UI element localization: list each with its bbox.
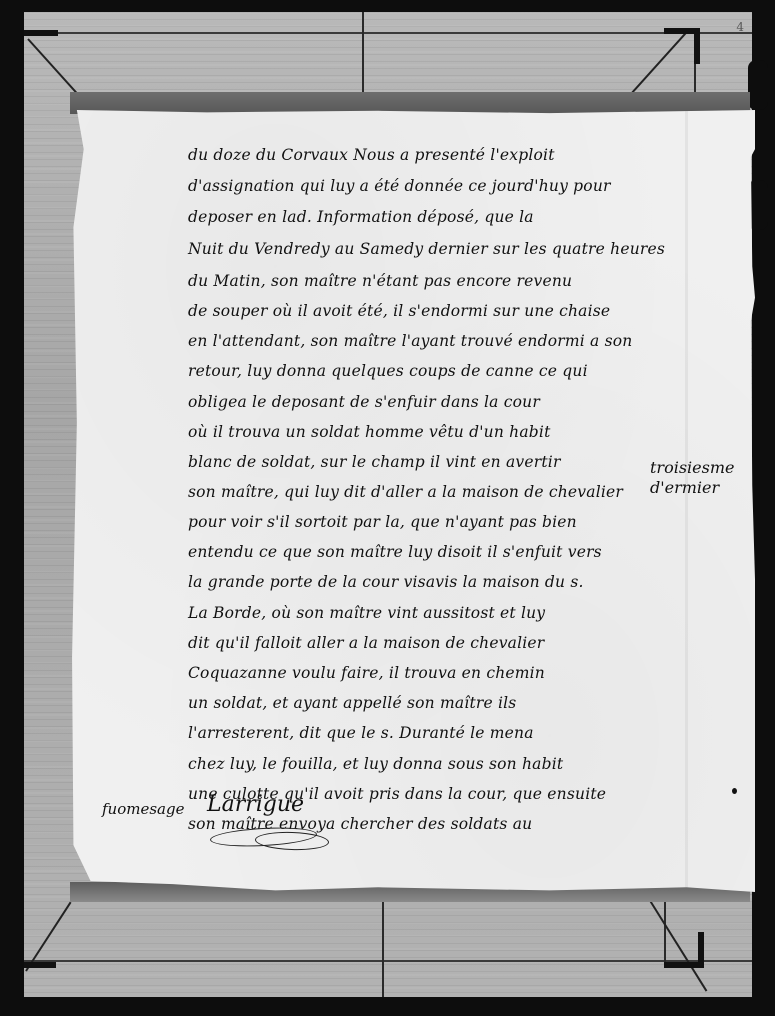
corner-marker-tl <box>24 30 58 36</box>
manuscript-line: dit qu'il falloit aller a la maison de c… <box>188 634 544 652</box>
manuscript-line: d'assignation qui luy a été donnée ce jo… <box>188 177 611 195</box>
signature-flourish-loop <box>255 831 330 852</box>
margin-note-line: troisiesme <box>650 458 734 478</box>
manuscript-line: chez luy, le fouilla, et luy donna sous … <box>188 755 563 773</box>
manuscript-line: entendu ce que son maître luy disoit il … <box>188 543 602 561</box>
manuscript-line: la grande porte de la cour visavis la ma… <box>188 573 584 591</box>
manuscript-line: son maître, qui luy dit d'aller a la mai… <box>188 483 623 501</box>
footer-note: fuomesage <box>102 800 184 818</box>
board-guide-line-bottom <box>24 960 752 962</box>
manuscript-line: du doze du Corvaux Nous a presenté l'exp… <box>188 146 555 164</box>
manuscript-line: de souper où il avoit été, il s'endormi … <box>188 302 610 320</box>
margin-note-line: d'ermier <box>650 478 734 498</box>
board-guide-line-top <box>24 32 752 34</box>
manuscript-line: retour, luy donna quelques coups de cann… <box>188 362 588 380</box>
page-number: 4 <box>736 20 744 34</box>
manuscript-line: l'arresterent, dit que le s. Duranté le … <box>188 724 534 742</box>
manuscript-line: pour voir s'il sortoit par la, que n'aya… <box>188 513 577 531</box>
manuscript-line: obligea le deposant de s'enfuir dans la … <box>188 393 540 411</box>
corner-marker-br-v <box>698 932 704 968</box>
manuscript-line: où il trouva un soldat homme vêtu d'un h… <box>188 423 551 441</box>
ink-spot <box>732 788 737 794</box>
manuscript-line: un soldat, et ayant appellé son maître i… <box>188 694 516 712</box>
board-edge-notch-top <box>748 60 768 110</box>
manuscript-line: La Borde, où son maître vint aussitost e… <box>188 604 545 622</box>
manuscript-line: blanc de soldat, sur le champ il vint en… <box>188 453 561 471</box>
paper-shadow-top <box>70 92 750 114</box>
manuscript-line: du Matin, son maître n'étant pas encore … <box>188 272 572 290</box>
corner-marker-bl <box>24 962 56 968</box>
manuscript-line: deposer en lad. Information déposé, que … <box>188 208 534 226</box>
margin-note: troisiesme d'ermier <box>650 458 734 498</box>
paper-fold <box>685 110 688 892</box>
manuscript-line: Nuit du Vendredy au Samedy dernier sur l… <box>188 240 665 258</box>
signature: Larrigue <box>207 792 304 817</box>
manuscript-line: Coquazanne voulu faire, il trouva en che… <box>188 664 545 682</box>
manuscript-line: en l'attendant, son maître l'ayant trouv… <box>188 332 632 350</box>
manuscript-page: du doze du Corvaux Nous a presenté l'exp… <box>70 110 755 892</box>
board-center-line-bottom <box>382 892 384 997</box>
corner-marker-tr-v <box>694 28 700 64</box>
